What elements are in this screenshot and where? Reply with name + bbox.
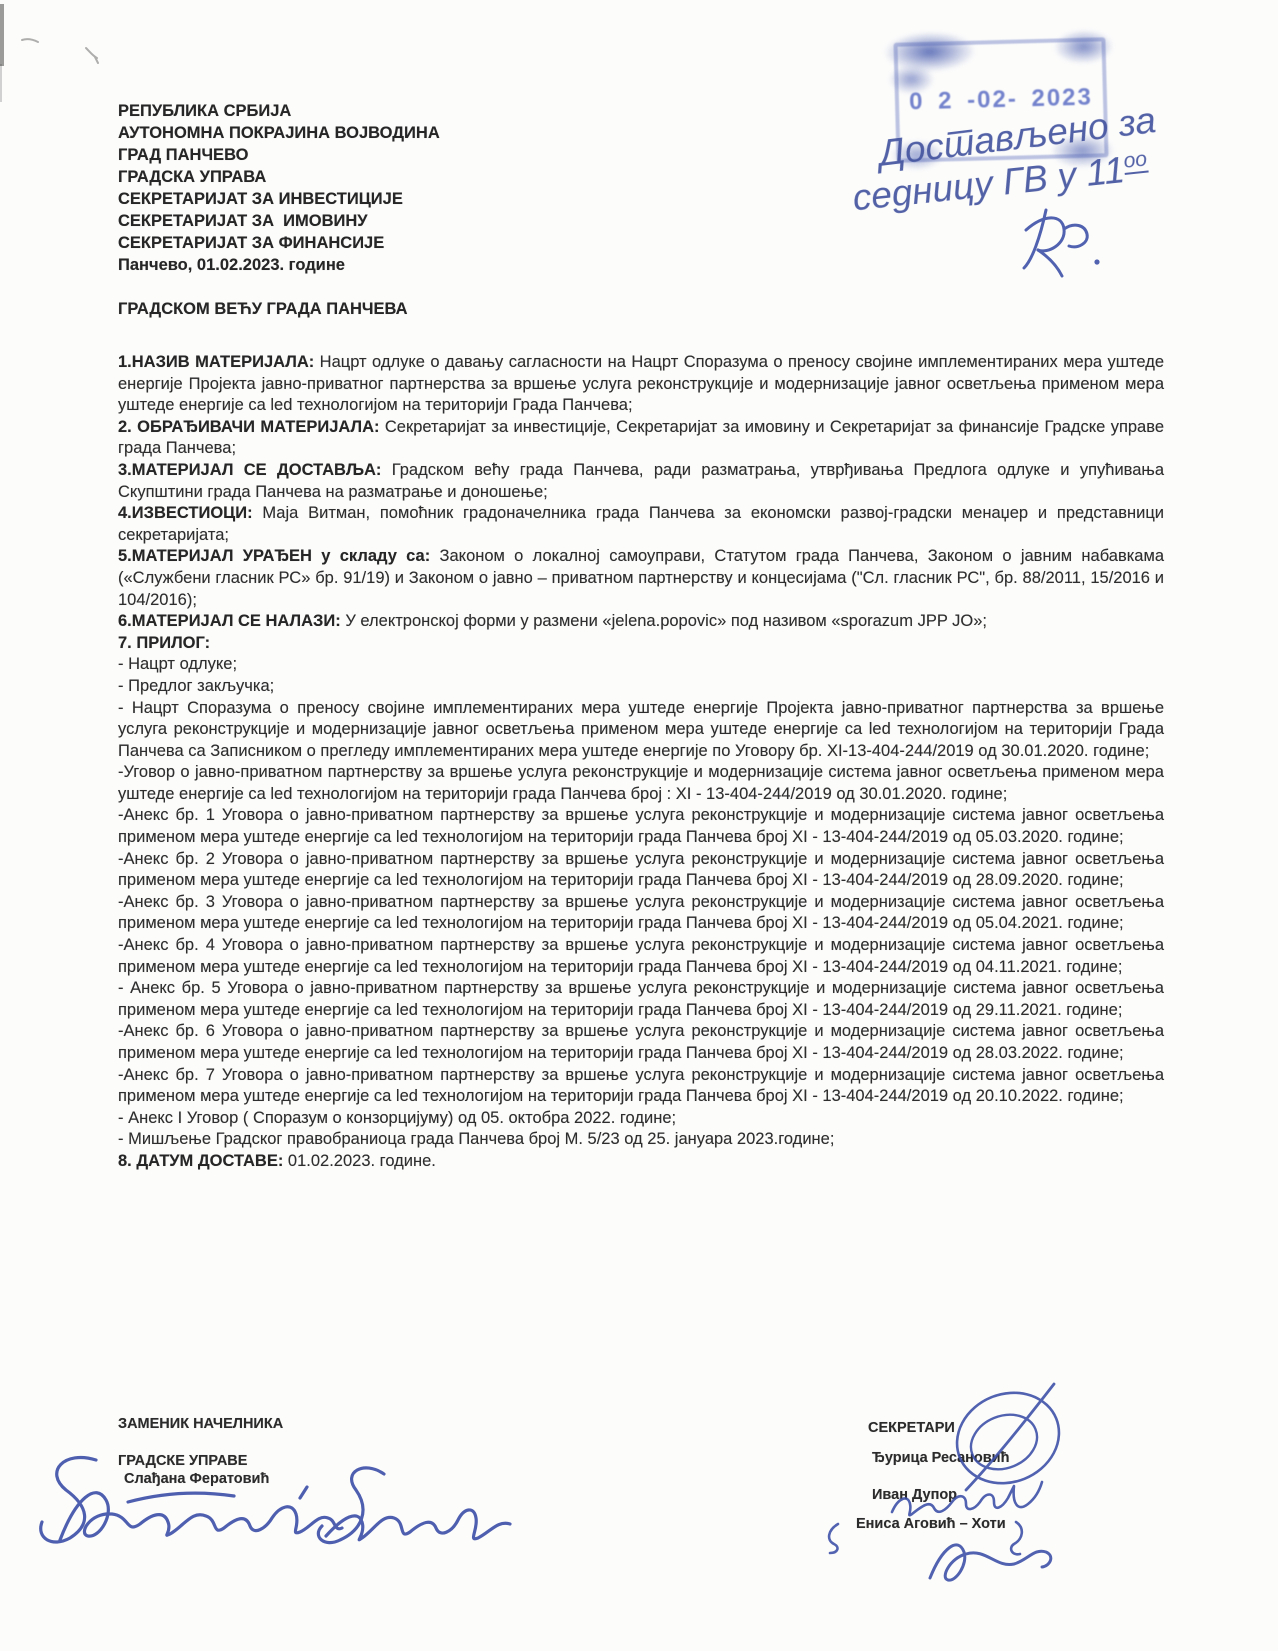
secretary-name-1: Ђурица Ресановић <box>872 1450 1176 1466</box>
section-prilog-label: 7. ПРИЛОГ: <box>118 634 210 652</box>
letterhead-line-province: АУТОНОМНА ПОКРАЈИНА ВОЈВОДИНА <box>118 122 1164 144</box>
section-dostavlja-label: 3.МАТЕРИЈАЛ СЕ ДОСТАВЉА: <box>118 461 381 479</box>
section-obradjivaci: 2. ОБРАЂИВАЧИ МАТЕРИЈАЛА: Секретаријат з… <box>118 417 1164 460</box>
prilog-item: - Анекс I Уговор ( Споразум о конзорцију… <box>118 1108 1164 1130</box>
section-izvestioci-text: Маја Витман, помоћник градоначелника гра… <box>118 504 1164 544</box>
scanned-document-page: 0 2 -02- 2023 Достављено за седницу ГВ у… <box>0 0 1278 1651</box>
scan-edge-artifact <box>0 64 2 102</box>
secretaries-title: СЕКРЕТАРИ <box>868 1420 1176 1436</box>
section-prilog-heading: 7. ПРИЛОГ: <box>118 633 1164 655</box>
prilog-item: - Мишљење Градског правобраниоца града П… <box>118 1129 1164 1151</box>
secretary-name-3: Ениса Аговић – Хоти <box>856 1516 1176 1532</box>
deputy-title-line1: ЗАМЕНИК НАЧЕЛНИКА <box>118 1416 438 1432</box>
section-izvestioci: 4.ИЗВЕСТИОЦИ: Маја Витман, помоћник град… <box>118 503 1164 546</box>
section-izvestioci-label: 4.ИЗВЕСТИОЦИ: <box>118 504 253 522</box>
letterhead-line-secr-inv: СЕКРЕТАРИЈАТ ЗА ИНВЕСТИЦИЈЕ <box>118 188 1164 210</box>
secretary-name-2: Иван Дупор <box>872 1487 1176 1503</box>
section-nalazi: 6.МАТЕРИЈАЛ СЕ НАЛАЗИ: У електронској фо… <box>118 611 1164 633</box>
scan-edge-artifact <box>0 4 4 66</box>
section-nalazi-text: У електронској форми у размени «jelena.p… <box>341 612 987 630</box>
recipient-line: ГРАДСКОМ ВЕЋУ ГРАДА ПАНЧЕВА <box>118 298 1164 320</box>
prilog-item: -Анекс бр. 1 Уговора о јавно-приватном п… <box>118 805 1164 848</box>
section-naziv: 1.НАЗИВ МАТЕРИЈАЛА: Нацрт одлуке о давањ… <box>118 352 1164 417</box>
letterhead-line-admin: ГРАДСКА УПРАВА <box>118 166 1164 188</box>
section-datum-text: 01.02.2023. године. <box>283 1152 436 1170</box>
deputy-title-line2: ГРАДСКЕ УПРАВЕ <box>118 1453 438 1469</box>
prilog-item: - Предлог закључка; <box>118 676 1164 698</box>
stamp-ink-blob <box>1053 29 1114 65</box>
prilog-item: -Уговор о јавно-приватном партнерству за… <box>118 762 1164 805</box>
letterhead: РЕПУБЛИКА СРБИЈА АУТОНОМНА ПОКРАЈИНА ВОЈ… <box>118 100 1164 276</box>
document-body: 1.НАЗИВ МАТЕРИЈАЛА: Нацрт одлуке о давањ… <box>118 352 1164 1173</box>
prilog-item: -Анекс бр. 2 Уговора о јавно-приватном п… <box>118 849 1164 892</box>
section-uradjen-label: 5.МАТЕРИЈАЛ УРАЂЕН у складу са: <box>118 547 430 565</box>
letterhead-line-republic: РЕПУБЛИКА СРБИЈА <box>118 100 1164 122</box>
section-datum-dostave: 8. ДАТУМ ДОСТАВЕ: 01.02.2023. године. <box>118 1151 1164 1173</box>
letterhead-line-secr-imov: СЕКРЕТАРИЈАТ ЗА ИМОВИНУ <box>118 210 1164 232</box>
document-content: РЕПУБЛИКА СРБИЈА АУТОНОМНА ПОКРАЈИНА ВОЈ… <box>118 100 1164 1173</box>
prilog-item: - Нацрт Споразума о преносу својине импл… <box>118 698 1164 763</box>
prilog-item: -Анекс бр. 6 Уговора о јавно-приватном п… <box>118 1021 1164 1064</box>
section-uradjen: 5.МАТЕРИЈАЛ УРАЂЕН у складу са: Законом … <box>118 546 1164 611</box>
section-naziv-label: 1.НАЗИВ МАТЕРИЈАЛА: <box>118 353 314 371</box>
section-obradjivaci-label: 2. ОБРАЂИВАЧИ МАТЕРИЈАЛА: <box>118 418 379 436</box>
prilog-item: - Нацрт одлуке; <box>118 654 1164 676</box>
signature-block-secretaries: СЕКРЕТАРИ Ђурица Ресановић Иван Дупор Ен… <box>856 1420 1176 1532</box>
letterhead-line-secr-fin: СЕКРЕТАРИЈАТ ЗА ФИНАНСИЈЕ <box>118 232 1164 254</box>
section-nalazi-label: 6.МАТЕРИЈАЛ СЕ НАЛАЗИ: <box>118 612 341 630</box>
prilog-item: -Анекс бр. 7 Уговора о јавно-приватном п… <box>118 1065 1164 1108</box>
scan-artifacts <box>22 39 98 63</box>
section-datum-label: 8. ДАТУМ ДОСТАВЕ: <box>118 1152 283 1170</box>
deputy-name: Слађана Фератовић <box>124 1471 438 1487</box>
prilog-item: - Анекс бр. 5 Уговора о јавно-приватном … <box>118 978 1164 1021</box>
prilog-item: -Анекс бр. 3 Уговора о јавно-приватном п… <box>118 892 1164 935</box>
prilog-item: -Анекс бр. 4 Уговора о јавно-приватном п… <box>118 935 1164 978</box>
letterhead-line-place-date: Панчево, 01.02.2023. године <box>118 254 1164 276</box>
letterhead-line-city: ГРАД ПАНЧЕВО <box>118 144 1164 166</box>
section-dostavlja: 3.МАТЕРИЈАЛ СЕ ДОСТАВЉА: Градском већу г… <box>118 460 1164 503</box>
signature-block-deputy-chief: ЗАМЕНИК НАЧЕЛНИКА ГРАДСКЕ УПРАВЕ Слађана… <box>118 1416 438 1487</box>
